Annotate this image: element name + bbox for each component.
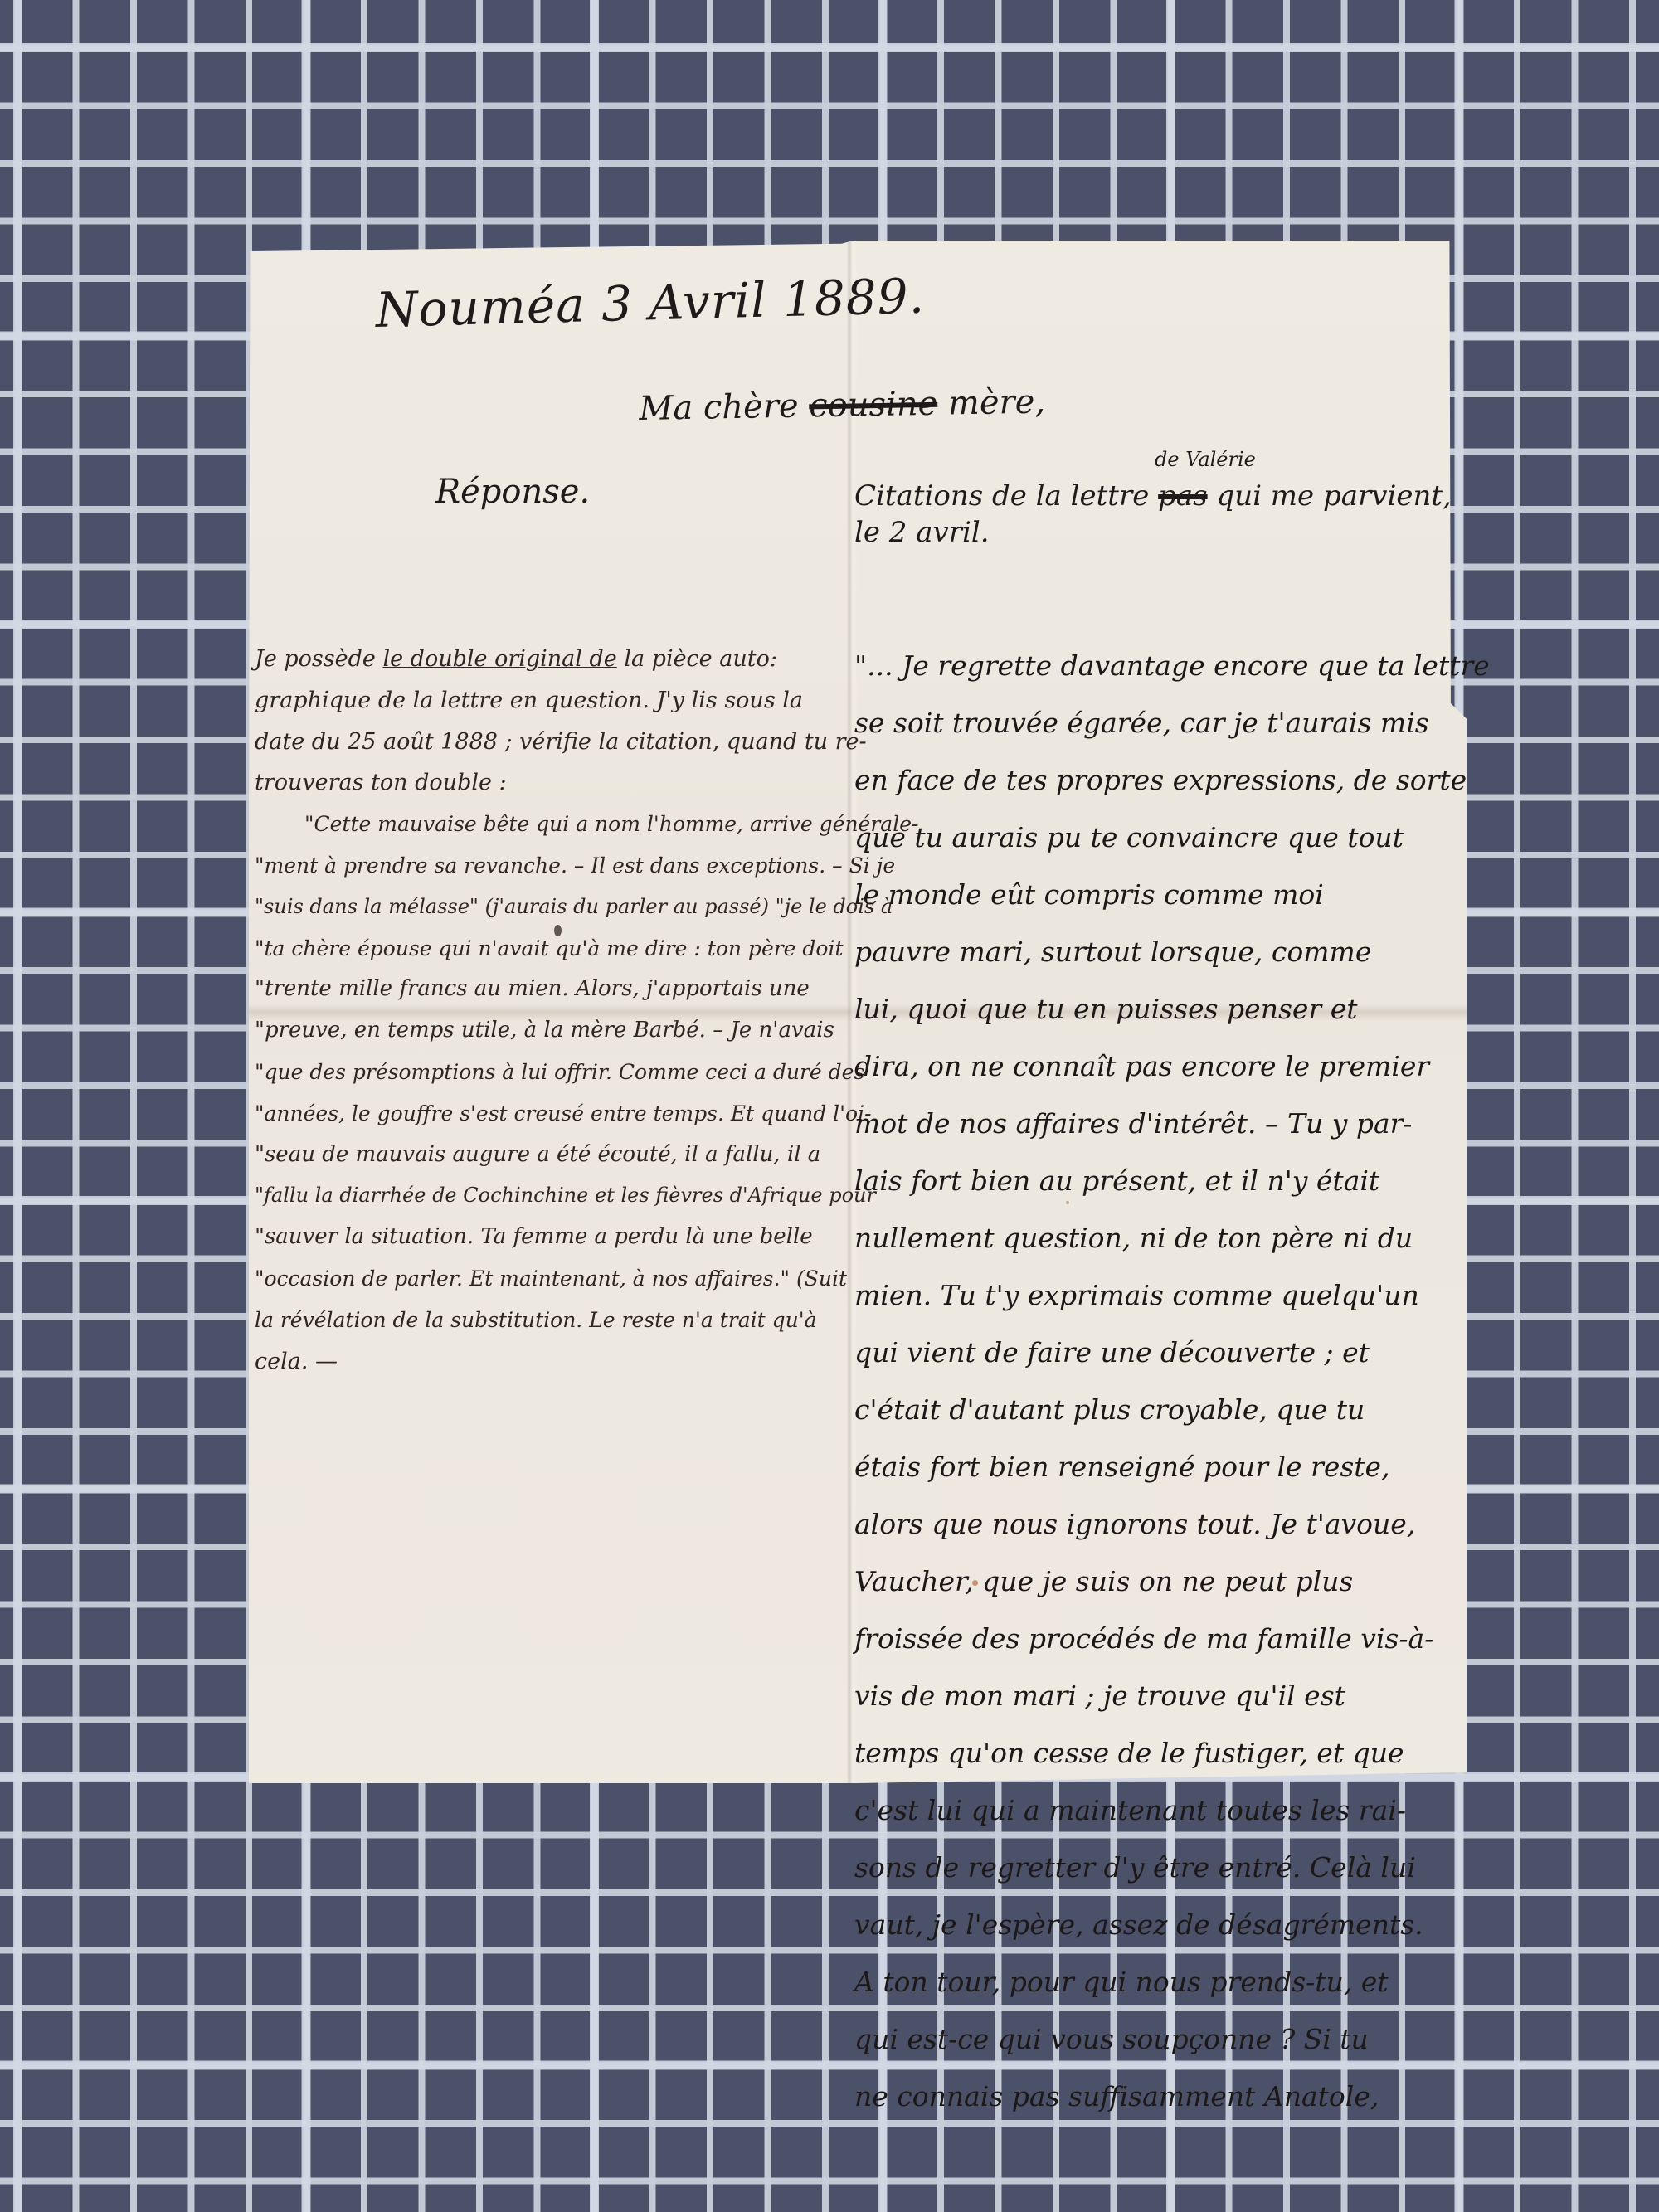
salutation-end: mère, (948, 382, 1046, 422)
left-line: "occasion de parler. Et maintenant, à no… (255, 1258, 844, 1300)
left-line: "années, le gouffre s'est creusé entre t… (255, 1093, 844, 1135)
salutation: Ma chère cousine mère, (639, 382, 1045, 428)
left-column-reply: Je possède le double original de la pièc… (255, 639, 844, 1382)
citations-start: Citations de la lettre (854, 479, 1149, 513)
right-line: étais fort bien renseigné pour le reste, (854, 1438, 1452, 1495)
right-line: "... Je regrette davantage encore que ta… (854, 637, 1452, 694)
right-line: c'était d'autant plus croyable, que tu (854, 1381, 1452, 1438)
right-line: dira, on ne connaît pas encore le premie… (854, 1038, 1452, 1095)
struck-word-pas: pas (1158, 479, 1207, 513)
right-line: le monde eût compris comme moi (854, 866, 1452, 923)
right-column-citations: "... Je regrette davantage encore que ta… (854, 637, 1452, 2125)
right-line: pauvre mari, surtout lorsque, comme (854, 923, 1452, 980)
citations-end: qui me parvient, (1216, 479, 1451, 513)
left-line: "Cette mauvaise bête qui a nom l'homme, … (255, 804, 844, 845)
left-line-0-end: la pièce auto: (617, 646, 777, 672)
right-line: en face de tes propres expressions, de s… (854, 751, 1452, 809)
right-line: nullement question, ni de ton père ni du (854, 1209, 1452, 1266)
left-line: "suis dans la mélasse" (j'aurais du parl… (255, 887, 844, 928)
right-line: que tu aurais pu te convaincre que tout (854, 809, 1452, 866)
right-line: ne connais pas suffisamment Anatole, (854, 2068, 1452, 2125)
right-line: se soit trouvée égarée, car je t'aurais … (854, 694, 1452, 751)
salutation-start: Ma chère (639, 387, 799, 428)
left-line: date du 25 août 1888 ; vérifie la citati… (255, 722, 844, 763)
underlined-phrase: le double original de (382, 646, 616, 672)
right-line: qui est-ce qui vous soupçonne ? Si tu (854, 2010, 1452, 2068)
right-line: c'est lui qui a maintenant toutes les ra… (854, 1782, 1452, 1839)
left-line: "ta chère épouse qui n'avait qu'à me dir… (255, 928, 844, 970)
right-line: froissée des procédés de ma famille vis-… (854, 1610, 1452, 1667)
left-line: "seau de mauvais augure a été écouté, il… (255, 1135, 844, 1176)
left-line: graphique de la lettre en question. J'y … (255, 680, 844, 722)
left-line: "preuve, en temps utile, à la mère Barbé… (255, 1010, 844, 1052)
right-line: alors que nous ignorons tout. Je t'avoue… (854, 1495, 1452, 1553)
right-line: qui vient de faire une découverte ; et (854, 1324, 1452, 1381)
salutation-struck-word: cousine (809, 385, 938, 425)
right-heading-citations: Citations de la lettre de Valérie pas qu… (854, 479, 1452, 513)
right-line: A ton tour, pour qui nous prends-tu, et (854, 1953, 1452, 2010)
right-line: vaut, je l'espère, assez de désagréments… (854, 1896, 1452, 1953)
right-line: lais fort bien au présent, et il n'y éta… (854, 1152, 1452, 1209)
left-line: trouveras ton double : (255, 762, 844, 804)
left-line: "ment à prendre sa revanche. – Il est da… (255, 845, 844, 887)
left-line: "que des présomptions à lui offrir. Comm… (255, 1052, 844, 1093)
right-line: mot de nos affaires d'intérêt. – Tu y pa… (854, 1095, 1452, 1152)
left-line-0-start: Je possède (255, 646, 382, 672)
right-line: Vaucher, que je suis on ne peut plus (854, 1553, 1452, 1610)
insertion-de-valerie: de Valérie (1155, 448, 1256, 471)
right-line: temps qu'on cesse de le fustiger, et que (854, 1724, 1452, 1782)
left-line: "fallu la diarrhée de Cochinchine et les… (255, 1175, 844, 1217)
left-heading-reponse: Réponse. (435, 473, 590, 511)
left-line: "sauver la situation. Ta femme a perdu l… (255, 1217, 844, 1258)
right-line: vis de mon mari ; je trouve qu'il est (854, 1667, 1452, 1724)
left-line: Je possède le double original de la pièc… (255, 639, 844, 680)
right-heading-date: le 2 avril. (854, 516, 990, 549)
right-line: sons de regretter d'y être entré. Celà l… (854, 1839, 1452, 1896)
right-line: mien. Tu t'y exprimais comme quelqu'un (854, 1266, 1452, 1324)
left-line: "trente mille francs au mien. Alors, j'a… (255, 969, 844, 1010)
right-line: lui, quoi que tu en puisses penser et (854, 980, 1452, 1038)
left-line: la révélation de la substitution. Le res… (255, 1300, 844, 1341)
left-line: cela. — (255, 1341, 844, 1383)
